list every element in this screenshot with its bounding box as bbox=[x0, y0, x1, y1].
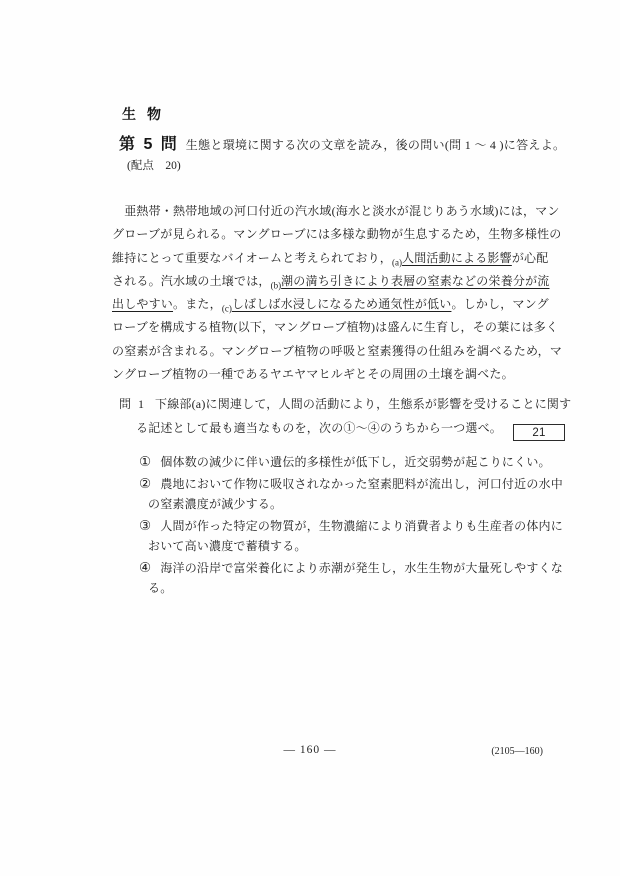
passage-line: ローブを構成する植物(以下，マングローブ植物)は盛んに生育し，その葉には多く bbox=[112, 316, 552, 339]
passage-text: 維持にとって重要なバイオームと考えられており， bbox=[112, 251, 392, 265]
passage-text: される。汽水域の土壌では， bbox=[112, 274, 271, 288]
option-text: の窒素濃度が減少する。 bbox=[148, 497, 282, 511]
passage-text: グローブが見られる。マングローブには多様な動物が生息するため，生物多様性の bbox=[112, 227, 561, 241]
options-list: ①個体数の減少に伴い遺伝的多様性が低下し，近交弱勢が起こりにくい。②農地において… bbox=[139, 452, 559, 600]
answer-number-box: 21 bbox=[513, 424, 565, 441]
section-header: 第 5 問生態と環境に関する次の文章を読み，後の問い(問 1 ～ 4 )に答えよ… bbox=[119, 131, 565, 154]
underlined-text: 潮の満ち引きにより表層の窒素などの栄養分が流 bbox=[281, 274, 549, 288]
passage-line: される。汽水域の土壌では，(b)潮の満ち引きにより表層の窒素などの栄養分が流 bbox=[112, 270, 552, 293]
question-second-line: る記述として最も適当なものを，次の①～④のうちから一つ選べ。21 bbox=[119, 416, 564, 440]
exam-page: 生物 第 5 問生態と環境に関する次の文章を読み，後の問い(問 1 ～ 4 )に… bbox=[0, 0, 620, 876]
option-item: ①個体数の減少に伴い遺伝的多様性が低下し，近交弱勢が起こりにくい。 bbox=[139, 452, 559, 472]
passage-line: の窒素が含まれる。マングローブ植物の呼吸と窒素獲得の仕組みを調べるため，マ bbox=[112, 340, 552, 363]
option-continuation-line: の窒素濃度が減少する。 bbox=[139, 494, 559, 514]
passage-text: ングローブ植物の一種であるヤエヤマヒルギとその周囲の土壌を調べた。 bbox=[112, 367, 514, 381]
passage-text: 。しかし，マング bbox=[451, 297, 548, 311]
passage-line: 維持にとって重要なバイオームと考えられており，(a)人間活動による影響が心配 bbox=[112, 247, 552, 270]
option-number: ① bbox=[139, 454, 151, 469]
underlined-text: 人間活動による影響 bbox=[402, 251, 512, 265]
option-item: ③人間が作った特定の物質が，生物濃縮により消費者よりも生産者の体内において高い濃… bbox=[139, 516, 559, 556]
passage-text: が心配 bbox=[512, 251, 549, 265]
question-text: 下線部(a)に関連して，人間の活動により，生態系が影響を受けることに関す bbox=[155, 397, 571, 411]
option-text: 海洋の沿岸で富栄養化により赤潮が発生し，水生生物が大量死しやすくな bbox=[160, 561, 563, 575]
option-first-line: ③人間が作った特定の物質が，生物濃縮により消費者よりも生産者の体内に bbox=[139, 516, 559, 536]
option-number: ④ bbox=[139, 560, 151, 575]
passage-text: 。また， bbox=[173, 297, 222, 311]
subject-title: 生物 bbox=[122, 104, 172, 124]
option-continuation-line: る。 bbox=[139, 578, 559, 598]
passage-text: ローブを構成する植物(以下，マングローブ植物)は盛んに生育し，その葉には多く bbox=[112, 320, 558, 334]
option-first-line: ①個体数の減少に伴い遺伝的多様性が低下し，近交弱勢が起こりにくい。 bbox=[139, 452, 559, 472]
passage-line: グローブが見られる。マングローブには多様な動物が生息するため，生物多様性の bbox=[112, 223, 552, 246]
option-number: ③ bbox=[139, 518, 151, 533]
booklet-code: (2105—160) bbox=[491, 746, 543, 757]
option-first-line: ④海洋の沿岸で富栄養化により赤潮が発生し，水生生物が大量死しやすくな bbox=[139, 558, 559, 578]
option-text: 人間が作った特定の物質が，生物濃縮により消費者よりも生産者の体内に bbox=[160, 519, 563, 533]
annotation-label: (a) bbox=[392, 257, 402, 267]
underlined-text: 出しやすい bbox=[112, 297, 173, 311]
option-item: ②農地において作物に吸収されなかった窒素肥料が流出し，河口付近の水中の窒素濃度が… bbox=[139, 474, 559, 514]
option-item: ④海洋の沿岸で富栄養化により赤潮が発生し，水生生物が大量死しやすくなる。 bbox=[139, 558, 559, 598]
question-text: る記述として最も適当なものを，次の①～④のうちから一つ選べ。 bbox=[136, 421, 502, 435]
passage-text: 亜熱帯・熱帯地域の河口付近の汽水域(海水と淡水が混じりあう水域)には，マン bbox=[112, 204, 560, 218]
question-block: 問 1下線部(a)に関連して，人間の活動により，生態系が影響を受けることに関す … bbox=[119, 392, 564, 440]
passage: 亜熱帯・熱帯地域の河口付近の汽水域(海水と淡水が混じりあう水域)には，マングロー… bbox=[112, 200, 552, 386]
option-text: おいて高い濃度で蓄積する。 bbox=[148, 539, 307, 553]
passage-line: 亜熱帯・熱帯地域の河口付近の汽水域(海水と淡水が混じりあう水域)には，マン bbox=[112, 200, 552, 223]
section-instruction: 生態と環境に関する次の文章を読み，後の問い(問 1 ～ 4 )に答えよ。 bbox=[186, 138, 566, 152]
option-continuation-line: おいて高い濃度で蓄積する。 bbox=[139, 536, 559, 556]
question-first-line: 問 1下線部(a)に関連して，人間の活動により，生態系が影響を受けることに関す bbox=[119, 392, 564, 416]
option-first-line: ②農地において作物に吸収されなかった窒素肥料が流出し，河口付近の水中 bbox=[139, 474, 559, 494]
option-number: ② bbox=[139, 476, 151, 491]
passage-line: 出しやすい。また，(c)しばしば水浸しになるため通気性が低い。しかし，マング bbox=[112, 293, 552, 316]
option-text: る。 bbox=[148, 581, 172, 595]
passage-line: ングローブ植物の一種であるヤエヤマヒルギとその周囲の土壌を調べた。 bbox=[112, 363, 552, 386]
option-text: 個体数の減少に伴い遺伝的多様性が低下し，近交弱勢が起こりにくい。 bbox=[160, 455, 550, 469]
annotation-label: (b) bbox=[271, 280, 282, 290]
passage-text: の窒素が含まれる。マングローブ植物の呼吸と窒素獲得の仕組みを調べるため，マ bbox=[112, 344, 562, 358]
underlined-text: しばしば水浸しになるため通気性が低い bbox=[232, 297, 452, 311]
question-number-label: 問 1 bbox=[119, 397, 146, 411]
points-note: (配点 20) bbox=[127, 157, 181, 173]
annotation-label: (c) bbox=[222, 304, 232, 314]
option-text: 農地において作物に吸収されなかった窒素肥料が流出し，河口付近の水中 bbox=[160, 477, 563, 491]
section-number: 第 5 問 bbox=[119, 136, 179, 153]
